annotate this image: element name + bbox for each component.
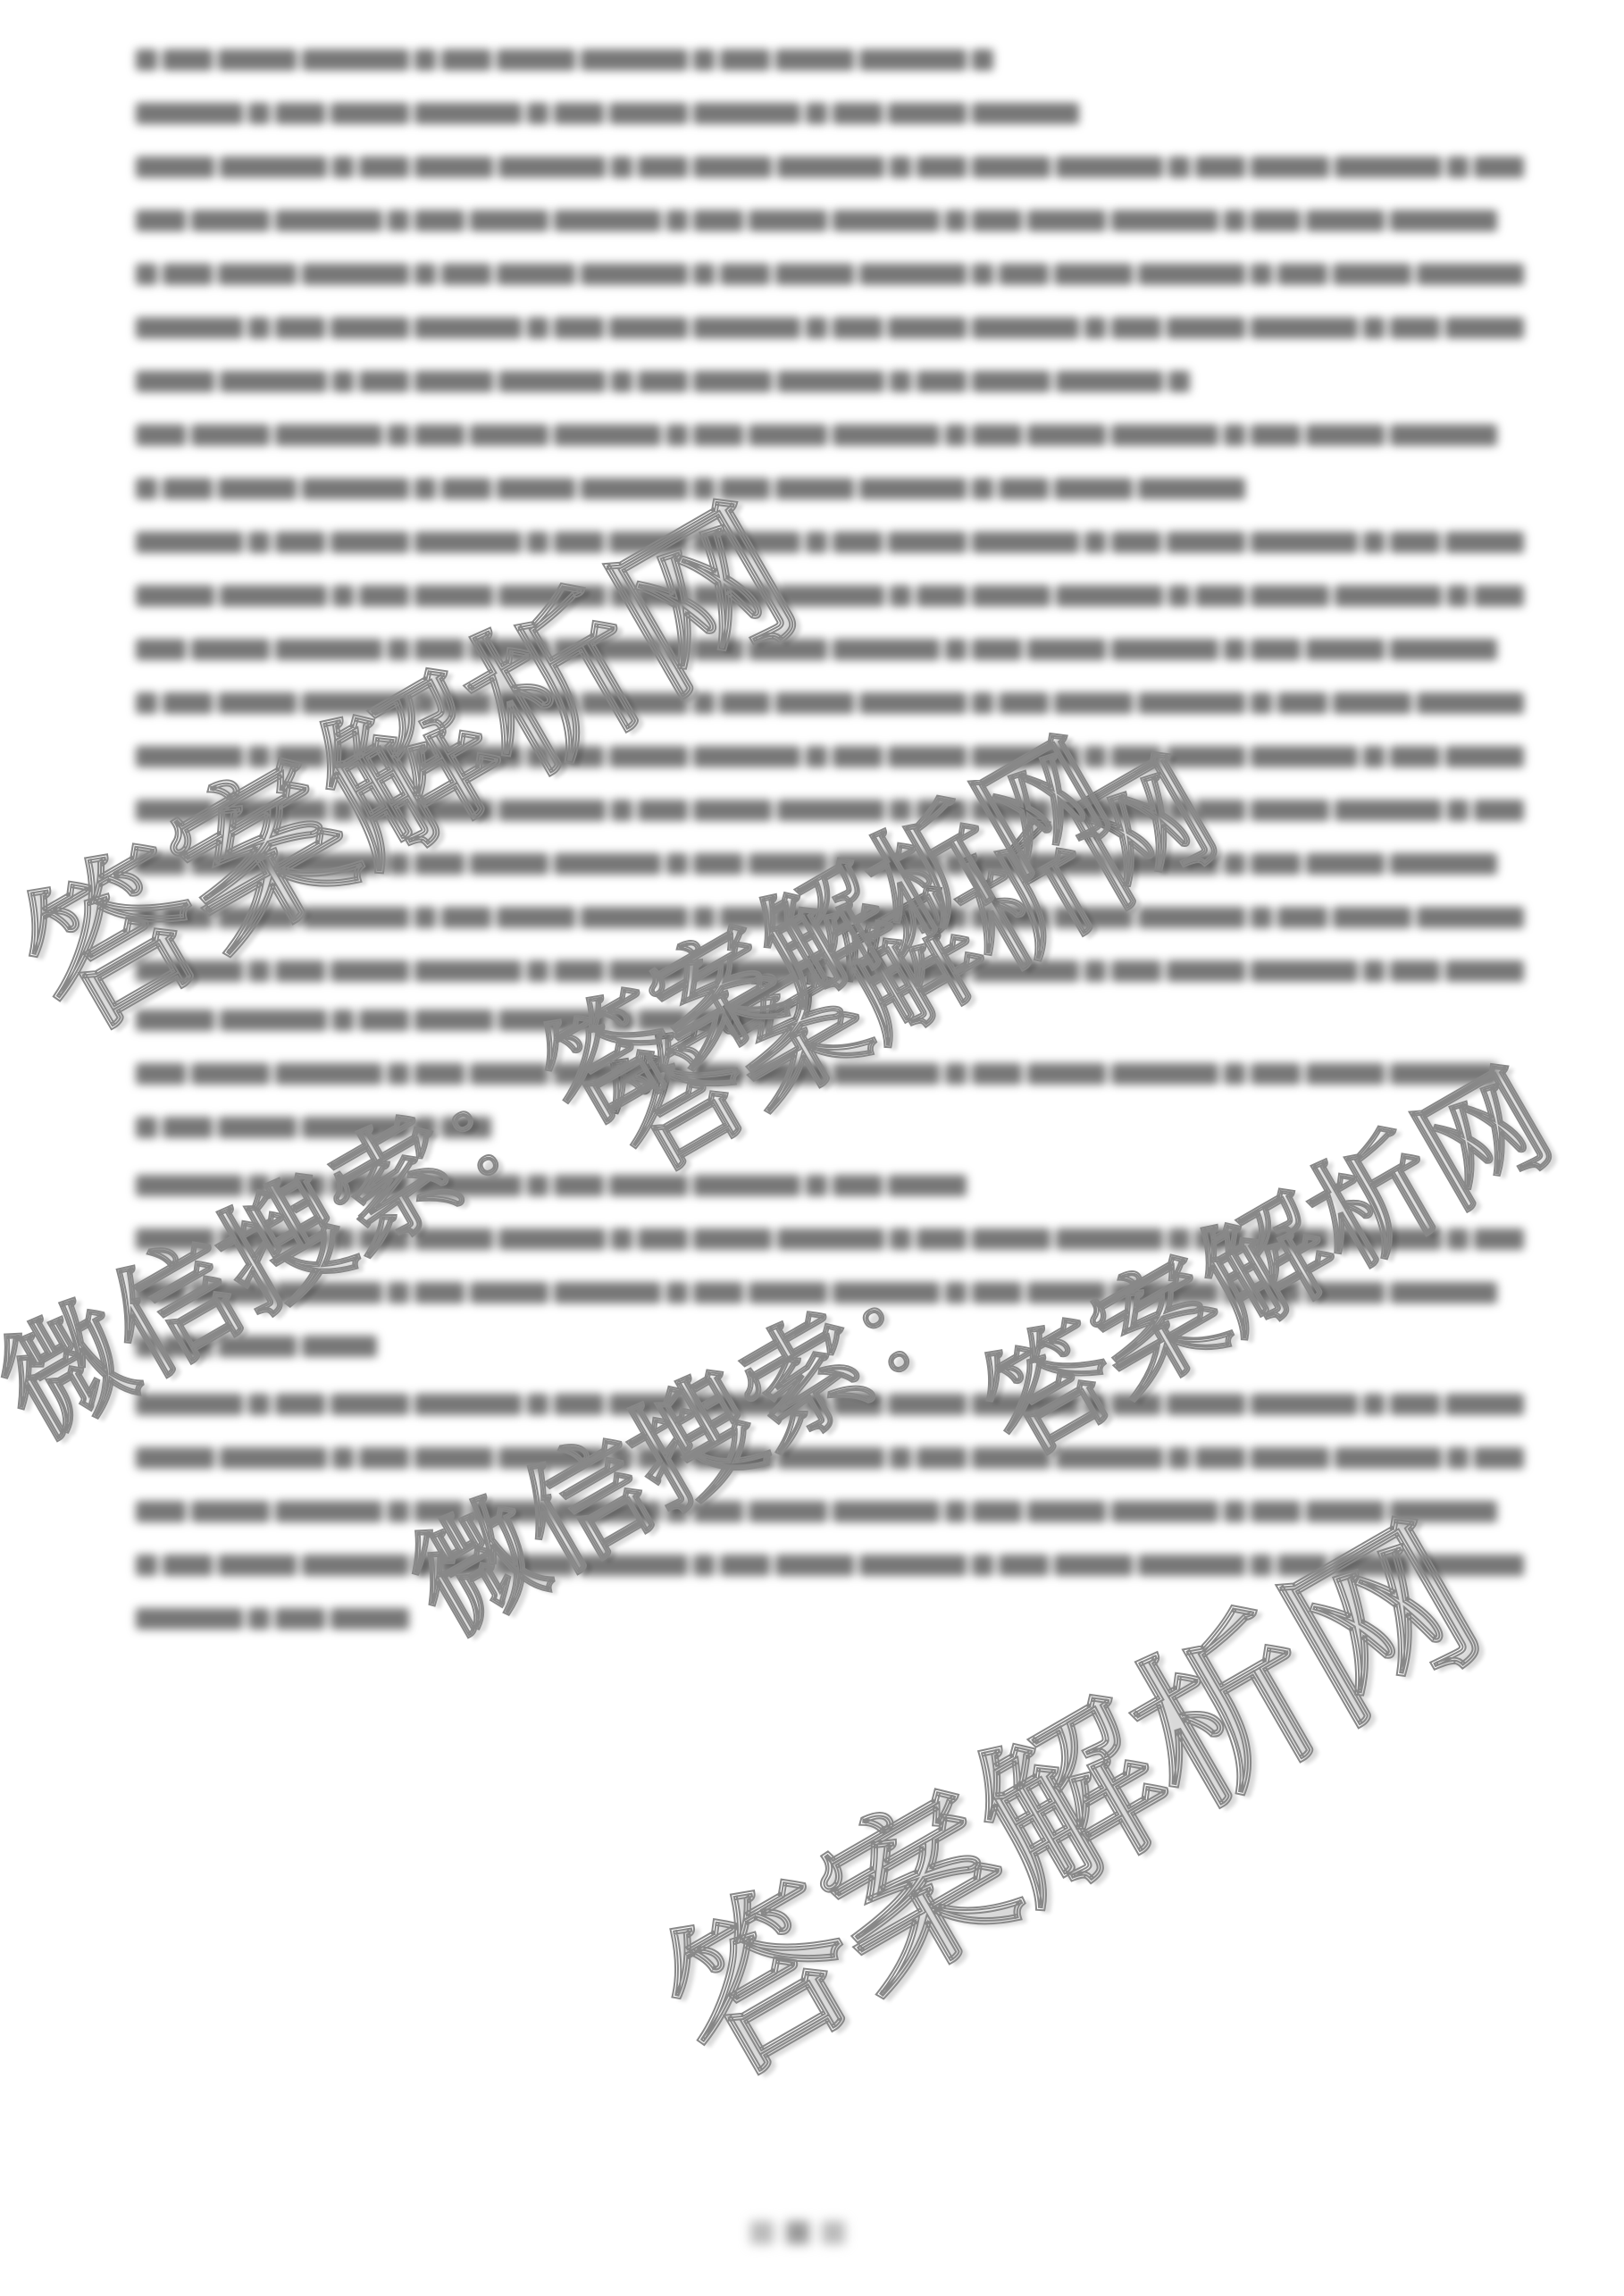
- text-line: [136, 585, 1529, 608]
- text-line: [136, 210, 1503, 233]
- text-line: [136, 156, 1529, 180]
- watermark-text: 微信搜索：: [375, 1200, 1007, 1668]
- text-line: [136, 371, 1195, 394]
- document-page: 答案解析网答案解析网答案解析网微信搜索：答案解析网微信搜索：答案解析网: [0, 0, 1624, 2296]
- watermark-text: 答案解析网: [947, 1021, 1578, 1489]
- text-line: [136, 532, 1529, 555]
- text-line: [136, 103, 1084, 126]
- text-line: [136, 424, 1503, 448]
- page-number: [750, 2221, 845, 2244]
- text-line: [136, 317, 1529, 340]
- text-line: [136, 264, 1529, 287]
- text-line: [136, 1608, 414, 1631]
- text-line: [136, 49, 999, 72]
